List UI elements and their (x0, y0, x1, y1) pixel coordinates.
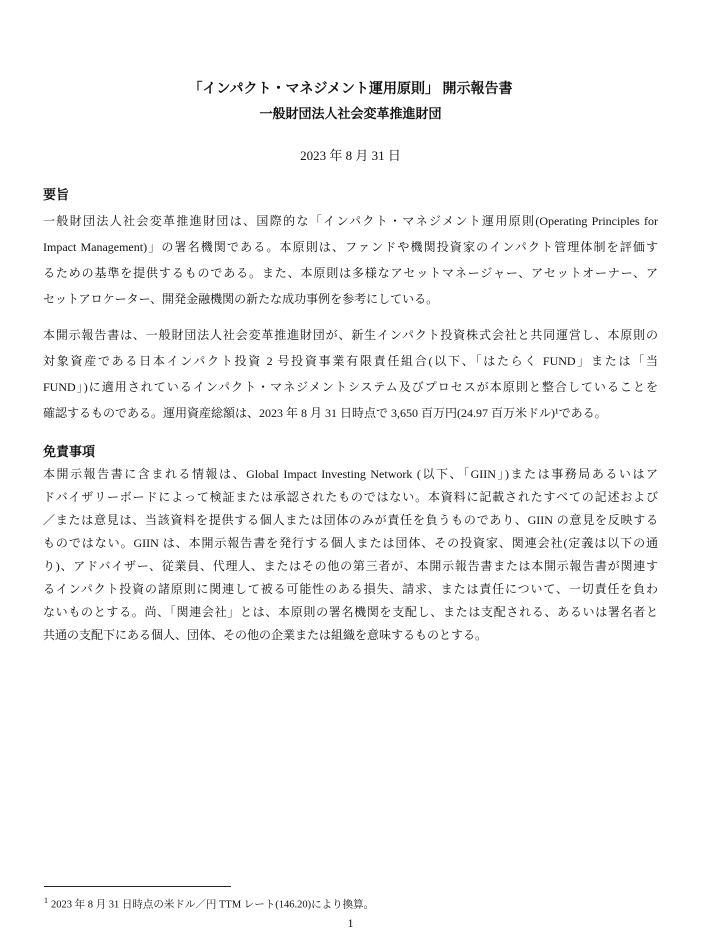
footnote-text: 2023 年 8 月 31 日時点の米ドル／円 TTM レート(146.20)に… (51, 900, 374, 911)
text-line: 確認するものである。運用資産総額は、2023 年 8 月 31 日時点で 3,6… (43, 400, 658, 426)
text-line: 共通の支配下にある個人、団体、その他の企業または組織を意味するものとする。 (43, 624, 658, 647)
footnote-marker: 1 (44, 896, 48, 905)
document-header: 「インパクト・マネジメント運用原則」 開示報告書 一般財団法人社会変革推進財団 … (0, 0, 701, 168)
text-line: ／または意見は、当該資料を提供する個人または団体のみが責任を負うものであり、GI… (43, 509, 658, 532)
footnote-separator (44, 886, 231, 887)
text-line: FUND」)に適用されているインパクト・マネジメントシステム及びプロセスが本原則… (43, 374, 658, 400)
text-line: 本開示報告書は、一般財団法人社会変革推進財団が、新生インパクト投資株式会社と共同… (43, 322, 658, 348)
text-line: ないものとする。尚、「関連会社」とは、本原則の署名機関を支配し、または支配される… (43, 601, 658, 624)
paragraph: 本開示報告書は、一般財団法人社会変革推進財団が、新生インパクト投資株式会社と共同… (43, 322, 658, 426)
page-number: 1 (0, 915, 701, 931)
doc-title: 「インパクト・マネジメント運用原則」 開示報告書 (0, 78, 701, 102)
text-line: ドバイザリーボードによって検証または承認されたものではない。本資料に記載されたす… (43, 486, 658, 509)
text-line: 一般財団法人社会変革推進財団は、国際的な「インパクト・マネジメント運用原則(Op… (43, 208, 658, 234)
section-heading: 要旨 (43, 182, 658, 208)
document-page: 「インパクト・マネジメント運用原則」 開示報告書 一般財団法人社会変革推進財団 … (0, 0, 701, 941)
doc-date: 2023 年 8 月 31 日 (0, 144, 701, 168)
text-line: 対象資産である日本インパクト投資 2 号投資事業有限責任組合(以下、「はたらく … (43, 348, 658, 374)
text-line: るインパクト投資の諸原則に関連して被る可能性のある損失、請求、または責任について… (43, 578, 658, 601)
text-line: セットアロケーター、開発金融機関の新たな成功事例を参考にしている。 (43, 286, 658, 312)
text-line: るための基準を提供するものである。また、本原則は多様なアセットマネージャー、アセ… (43, 260, 658, 286)
text-line: Impact Management)」の署名機関である。本原則は、ファンドや機関… (43, 234, 658, 260)
text-line: り)、アドバイザー、従業員、代理人、またはその他の第三者が、本開示報告書または本… (43, 555, 658, 578)
text-line: ものではない。GIIN は、本開示報告書を発行する個人または団体、その投資家、関… (43, 532, 658, 555)
doc-subtitle: 一般財団法人社会変革推進財団 (0, 102, 701, 126)
text-line: 本開示報告書に含まれる情報は、Global Impact Investing N… (43, 463, 658, 486)
footnote: 12023 年 8 月 31 日時点の米ドル／円 TTM レート(146.20)… (44, 893, 659, 914)
paragraph: 一般財団法人社会変革推進財団は、国際的な「インパクト・マネジメント運用原則(Op… (43, 208, 658, 312)
paragraph: 本開示報告書に含まれる情報は、Global Impact Investing N… (43, 463, 658, 647)
document-body: 要旨一般財団法人社会変革推進財団は、国際的な「インパクト・マネジメント運用原則(… (43, 182, 658, 647)
section-heading: 免責事項 (43, 440, 658, 463)
